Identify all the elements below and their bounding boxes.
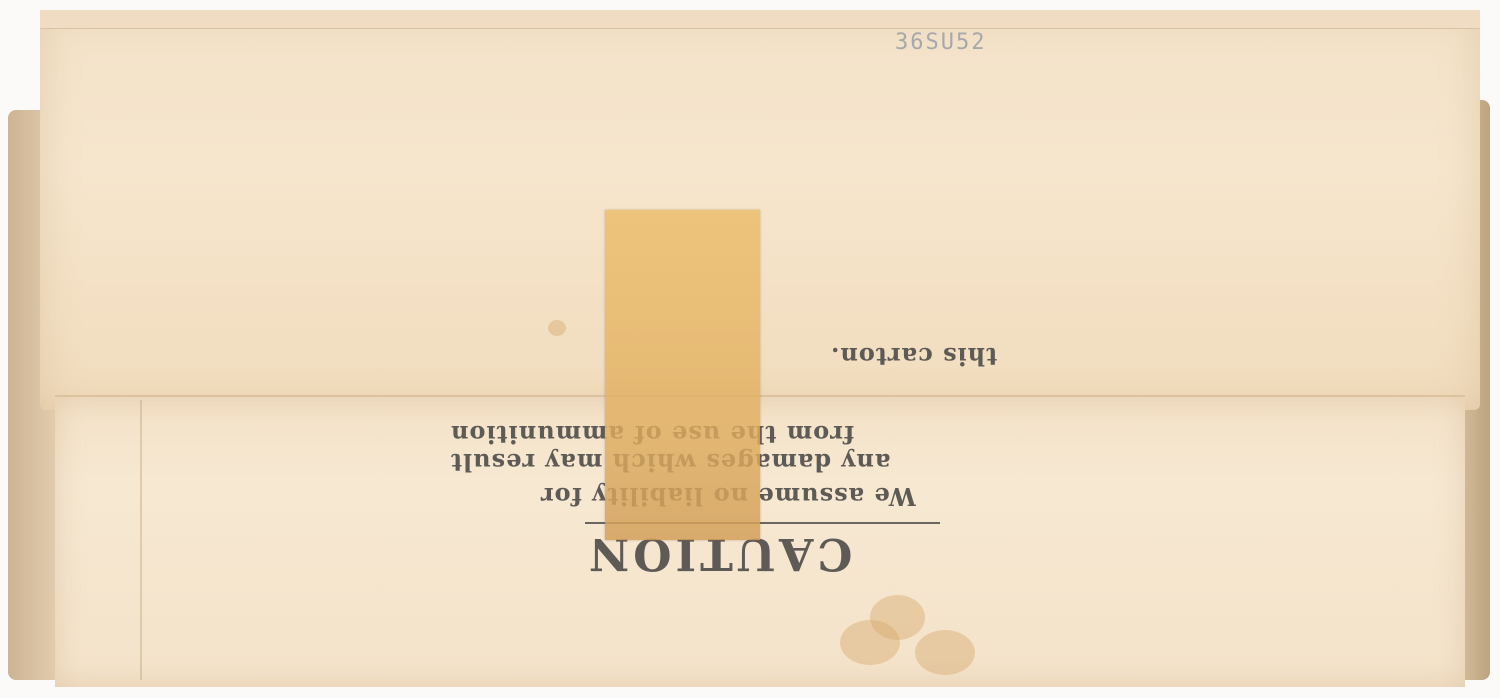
tape-strip — [605, 210, 760, 540]
carton-lid — [40, 10, 1480, 410]
printed-text-fragment: this carton. — [830, 342, 997, 371]
stain — [915, 630, 975, 675]
carton-lid-edge — [40, 10, 1480, 29]
sleeve-seam — [140, 400, 142, 680]
photo-scene: 36SU52 this carton. from the use of ammu… — [0, 0, 1500, 698]
stamp-code: 36SU52 — [895, 30, 986, 55]
stain — [870, 595, 925, 640]
stain — [548, 320, 566, 336]
